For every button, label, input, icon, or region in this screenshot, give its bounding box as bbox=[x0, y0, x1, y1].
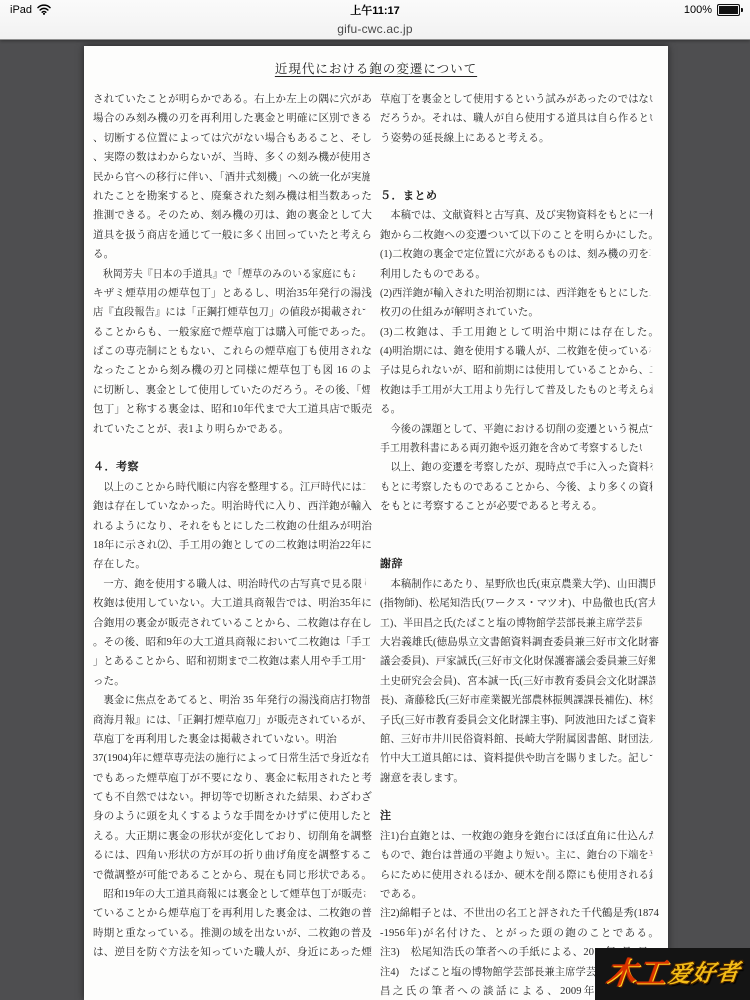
watermark-text-woodwork: 木工 bbox=[604, 959, 667, 989]
text-line: (指物師)、松尾知浩氏(ワークス・マツオ)、中島徹也氏(宮大 bbox=[380, 594, 655, 613]
text-line: 」とあることから、昭和初期まで二枚鉋は素人用や手工用で bbox=[93, 652, 365, 671]
text-line: 時期と重なっている。推測の域を出ないが、二枚鉋の普及 bbox=[93, 924, 372, 943]
text-line: 謝意を表します。 bbox=[380, 769, 659, 788]
text-line: だろうか。それは、職人が自ら使用する道具は自ら作るとい bbox=[380, 109, 652, 128]
document-page[interactable]: 近現代における鉋の変遷について されていたことが明らかである。右上か左上の隅に穴… bbox=[84, 46, 668, 1000]
text-line: 枚刃の仕組みが解明されていた。 bbox=[380, 303, 659, 322]
right-column: 草庖丁を裏金として使用するという試みがあったのではないだろうか。それは、職人が自… bbox=[380, 90, 659, 1000]
text-line: 長)、斎藤稔氏(三好市産業観光部農林振興課課長補佐)、林愛 bbox=[380, 691, 652, 710]
text-line: 工)、半田昌之氏(たばこと塩の博物館学芸部長兼主席学芸員)、 bbox=[380, 614, 642, 633]
text-line: れたことを勘案すると、廃棄された刻み機は相当数あった bbox=[93, 187, 372, 206]
text-line: 草庖丁を再利用した裏金は掲載されていない。明治 bbox=[93, 730, 372, 749]
text-line: ばこの専売制にともない、これらの煙草庖丁も使用されな bbox=[93, 342, 372, 361]
text-line: 秋岡芳夫『日本の手道具』で「煙草のみのいる家庭にもあっ bbox=[93, 265, 355, 284]
blank-line bbox=[380, 536, 659, 555]
two-column-layout: されていたことが明らかである。右上か左上の隅に穴があ場合のみ刻み機の刃を再利用し… bbox=[84, 90, 668, 1000]
text-line: 裏金に焦点をあてると、明治 35 年発行の湯浅商店打物部 bbox=[93, 691, 370, 710]
text-line: 鉋は存在していなかった。明治時代に入り、西洋鉋が輸入 bbox=[93, 497, 372, 516]
text-line: 包丁」と称する裏金は、昭和10年代まで大工道具店で販売 bbox=[93, 400, 372, 419]
text-line: る。 bbox=[380, 400, 659, 419]
text-line: キザミ煙草用の煙草包丁」とあるし、明治35年発行の湯浅 bbox=[93, 284, 372, 303]
wifi-icon bbox=[37, 4, 51, 18]
text-line: 枚鉋は使用していない。大工道具商報告では、明治35年に bbox=[93, 594, 372, 613]
text-line: もとに考察したものであることから、今後、より多くの資料 bbox=[380, 478, 652, 497]
text-line: 民から官への移行に伴い、「酒井式刻機」への統一化が実施 bbox=[93, 168, 370, 187]
text-line: 注1)台直鉋とは、一枚鉋の鉋身を鉋台にほぼ直角に仕込んだ bbox=[380, 827, 653, 846]
watermark-logo: 木工 爱好者 bbox=[595, 948, 750, 1000]
text-line: 、実際の数はわからないが、当時、多くの刻み機が使用さ bbox=[93, 148, 372, 167]
text-line: らにために使用されるほか、硬木を削る際にも使用される鉋 bbox=[380, 866, 652, 885]
text-line: 議会委員)、戸家誠氏(三好市文化財保護審議会委員兼三好郷 bbox=[380, 652, 655, 671]
left-column: されていたことが明らかである。右上か左上の隅に穴があ場合のみ刻み機の刃を再利用し… bbox=[93, 90, 372, 1000]
blank-line bbox=[380, 168, 659, 187]
text-line: をもとに考察することが必要であると考える。 bbox=[380, 497, 659, 516]
text-line: ても不自然ではない。押切等で切断された結果、わざわざ bbox=[93, 788, 372, 807]
text-line: (4)明治期には、鉋を使用する職人が、二枚鉋を使っている様 bbox=[380, 342, 650, 361]
clock: 上午11:17 bbox=[350, 2, 400, 18]
text-line: は、逆目を防ぐ方法を知っていた職人が、身近にあった煙 bbox=[93, 943, 372, 962]
text-line: える。大正期に裏金の形状が変化しており、切削角を調整 bbox=[93, 827, 372, 846]
battery-icon bbox=[717, 4, 740, 16]
text-line: う姿勢の延長線上にあると考える。 bbox=[380, 129, 659, 148]
text-line: (1)二枚鉋の裏金で定位置に穴があるものは、刻み機の刃を再 bbox=[380, 245, 650, 264]
text-line: 草庖丁を裏金として使用するという試みがあったのではない bbox=[380, 90, 652, 109]
text-line: なったことから刻み機の刃と同様に煙草包丁も図 16 のよ bbox=[93, 361, 372, 380]
blank-line bbox=[380, 788, 659, 807]
text-line: 土史研究会会員)、宮本誠一氏(三好市教育委員会文化財課課 bbox=[380, 672, 655, 691]
section-heading: ５．まとめ bbox=[380, 187, 659, 206]
text-line: れるようになり、それをもとにした二枚鉋の仕組みが明治 bbox=[93, 517, 372, 536]
text-line: 以上のことから時代順に内容を整理する。江戸時代には二 bbox=[93, 478, 365, 497]
text-line: 以上、鉋の変遷を考察したが、現時点で手に入った資料を bbox=[380, 458, 652, 477]
text-line: でもあった煙草庖丁が不要になり、裏金に転用されたと考 bbox=[93, 769, 372, 788]
document-title: 近現代における鉋の変遷について bbox=[275, 59, 477, 77]
text-line: 本稿制作にあたり、星野欣也氏(東京農業大学)、山田潤氏 bbox=[380, 575, 655, 594]
scan-background: 近現代における鉋の変遷について されていたことが明らかである。右上か左上の隅に穴… bbox=[0, 40, 750, 1000]
text-line: 昭和19年の大工道具商報には裏金として煙草包丁が販売さ bbox=[93, 885, 365, 904]
text-line: もので、鉋台は普通の平鉋より短い。主に、鉋台の下端を平 bbox=[380, 846, 652, 865]
text-line: 身のように頭を丸くするような手間をかけずに使用したと bbox=[93, 807, 372, 826]
text-line: で微調整が可能であることから、現在も同じ形状である。 bbox=[93, 866, 372, 885]
battery-percent: 100% bbox=[684, 4, 712, 16]
text-line: 館、三好市井川民俗資料館、長崎大学附属図書館、財団法人 bbox=[380, 730, 652, 749]
text-line: 存在した。 bbox=[93, 555, 372, 574]
text-line: るには、四角い形状の方が耳の折り曲げ角度を調整するこ bbox=[93, 846, 372, 865]
text-line: る。 bbox=[93, 245, 372, 264]
blank-line bbox=[93, 439, 372, 458]
watermark-text-enthusiast: 爱好者 bbox=[666, 961, 741, 986]
section-heading: ４．考察 bbox=[93, 458, 372, 477]
text-line: 今後の課題として、平鉋における切削の変遷という視点で bbox=[380, 420, 652, 439]
text-line: -1956年)が名付けた、とがった頭の鉋のことである。 bbox=[380, 924, 659, 943]
section-heading: 注 bbox=[380, 807, 659, 826]
status-bar: iPad 上午11:17 100% bbox=[0, 0, 750, 20]
text-line: 手工用教科書にある両刃鉋や返刃鉋を含めて考察するしたい。 bbox=[380, 439, 642, 458]
blank-line bbox=[380, 517, 659, 536]
text-line: 利用したものである。 bbox=[380, 265, 659, 284]
browser-chrome: iPad 上午11:17 100% gifu-cwc.ac.jp bbox=[0, 0, 750, 40]
text-line: (2)西洋鉋が輸入された明治初期には、西洋鉋をもとにした二 bbox=[380, 284, 650, 303]
text-line: 合鉋用の裏金が販売されていることから、二枚鉋は存在し bbox=[93, 614, 372, 633]
text-line: 枚鉋は手工用が大工用より先行して普及したものと考えられ bbox=[380, 381, 652, 400]
text-line: 店『直段報告』には「正鋼打煙草包刀」の値段が掲載されて bbox=[93, 303, 365, 322]
text-line: 推測できる。そのため、刻み機の刃は、鉋の裏金として大 bbox=[93, 206, 372, 225]
text-line: った。 bbox=[93, 672, 372, 691]
text-line: 子氏(三好市教育委員会文化財課主事)、阿波池田たばこ資料 bbox=[380, 711, 655, 730]
text-line: 18年に示され⑵、手工用の鉋としての二枚鉋は明治22年に bbox=[93, 536, 372, 555]
text-line: である。 bbox=[380, 885, 659, 904]
text-line: (3)二枚鉋は、手工用鉋として明治中期には存在した。 bbox=[380, 323, 659, 342]
section-heading: 謝辞 bbox=[380, 555, 659, 574]
text-line: ていることから煙草庖丁を再利用した裏金は、二枚鉋の普 bbox=[93, 904, 372, 923]
text-line: れていたことが、表1より明らかである。 bbox=[93, 420, 372, 439]
text-line: 道具を扱う商店を通じて一般に多く出回っていたと考えら bbox=[93, 226, 372, 245]
text-line: 子は見られないが、昭和前期には使用していることから、二 bbox=[380, 361, 652, 380]
url-text[interactable]: gifu-cwc.ac.jp bbox=[337, 22, 413, 36]
text-line: 、切断する位置によっては穴がない場合もあること、そし bbox=[93, 129, 372, 148]
text-line: ることからも、一般家庭で煙草庖丁は購入可能であった。 bbox=[93, 323, 372, 342]
text-line: 37(1904)年に煙草専売法の施行によって日常生活で身近な存 bbox=[93, 749, 368, 768]
address-bar[interactable]: gifu-cwc.ac.jp bbox=[0, 20, 750, 38]
text-line: 鉋から二枚鉋への変遷ついて以下のことを明らかにした。 bbox=[380, 226, 659, 245]
device-label: iPad bbox=[10, 4, 32, 16]
text-line: 本稿では、文献資料と古写真、及び実物資料をもとに一枚 bbox=[380, 206, 652, 225]
text-line: 場合のみ刻み機の刃を再利用した裏金と明確に区別できる bbox=[93, 109, 372, 128]
blank-line bbox=[380, 148, 659, 167]
text-line: 大岩義雄氏(徳島県立文書館資料調査委員兼三好市文化財審 bbox=[380, 633, 659, 652]
text-line: 一方、鉋を使用する職人は、明治時代の古写真で見る限り bbox=[93, 575, 365, 594]
text-line: 。その後、昭和9年の大工道具商報において二枚鉋は「手工 bbox=[93, 633, 370, 652]
text-line: に切断し、裏金として使用していたのだろう。その後、「煙 bbox=[93, 381, 370, 400]
text-line: されていたことが明らかである。右上か左上の隅に穴があ bbox=[93, 90, 372, 109]
text-line: 商海月報』には、「正鋼打煙草庖刀」が販売されているが、 bbox=[93, 711, 370, 730]
text-line: 竹中大工道具館には、資料提供や助言を賜りました。記して bbox=[380, 749, 652, 768]
text-line: 注2)綿帽子とは、不世出の名工と評された千代鶴是秀(1874 bbox=[380, 904, 659, 923]
